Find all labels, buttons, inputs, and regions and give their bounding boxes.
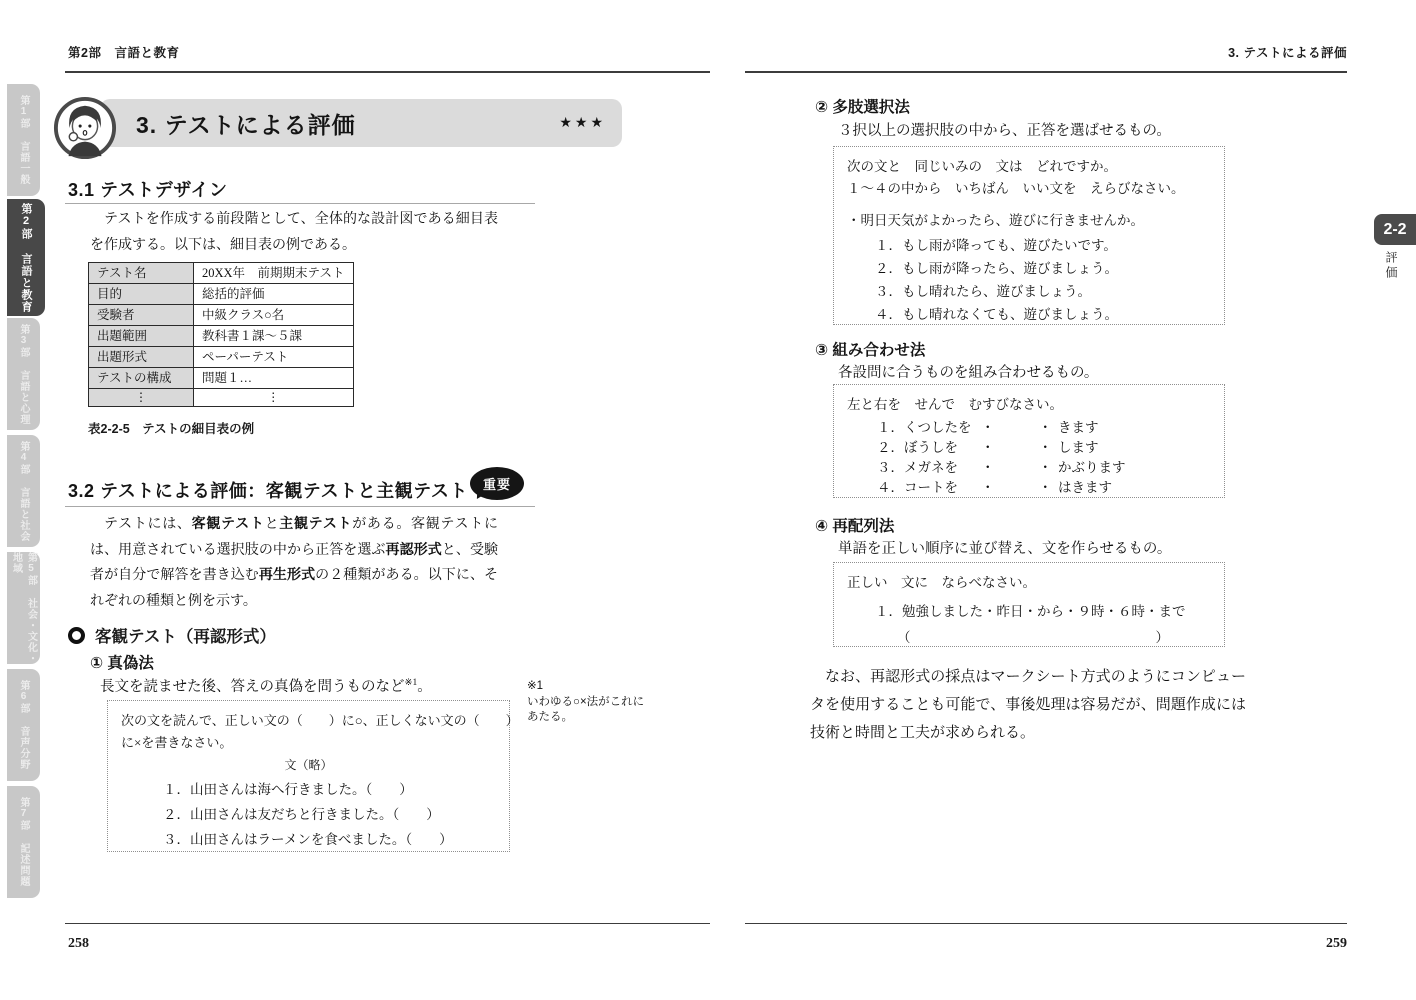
chapter-tab-label: 評価: [1383, 251, 1400, 281]
method-1-description: 長文を読ませた後、答えの真偽を問うものなど※1。: [100, 675, 432, 696]
method-3-description: 各設問に合うものを組み合わせるもの。: [838, 361, 1098, 382]
table-row: 出題形式ペーパーテスト: [89, 347, 354, 368]
sidebar-tab-part6: 第6部 音声分野: [7, 669, 40, 781]
example-item: １．もし雨が降っても、遊びたいです。: [875, 237, 1211, 255]
method-3-heading: ③ 組み合わせ法: [815, 338, 925, 360]
objective-test-heading: 客観テスト（再認形式）: [68, 623, 276, 647]
table-row: テストの構成問題１…: [89, 368, 354, 389]
match-dot: ・: [981, 420, 995, 436]
example-item: ３．山田さんはラーメンを食べました。（ ）: [163, 830, 496, 849]
section-3-2-heading: 3.2 テストによる評価：客観テストと主観テスト: [68, 477, 468, 503]
row-label: ⋮: [89, 389, 194, 407]
example-box-true-false: 次の文を読んで、正しい文の（ ）に○、正しくない文の（ ） に×を書きなさい。 …: [107, 700, 510, 852]
book-spread: 第1部 言語一般 第2部 言語と教育 第3部 言語と心理 第4部 言語と社会 第…: [0, 0, 1416, 1000]
section-3-2-paragraph: テストには、客観テストと主観テストがある。客観テストには、用意されている選択肢の…: [90, 512, 498, 614]
test-spec-table: テスト名20XX年 前期期末テスト 目的総括的評価 受験者中級クラス○名 出題範…: [88, 262, 354, 407]
match-dot: ・: [981, 460, 995, 476]
section-3-1-paragraph: テストを作成する前段階として、全体的な設計図である細目表を作成する。以下は、細目…: [90, 207, 498, 258]
row-value: 総括的評価: [194, 284, 354, 305]
table-row: 目的総括的評価: [89, 284, 354, 305]
ring-bullet-icon: [68, 627, 85, 644]
example-item: ２．山田さんは友だちと行きました。（ ）: [163, 805, 496, 824]
example-item: ４．もし晴れなくても、遊びましょう。: [875, 306, 1211, 324]
sidebar-tab-part3: 第3部 言語と心理: [7, 318, 40, 430]
matching-row: ３．メガネを・・かぶります: [877, 460, 1211, 476]
row-value: 20XX年 前期期末テスト: [194, 263, 354, 284]
footnote-number: ※1: [527, 679, 649, 695]
chapter-title: 3. テストによる評価: [136, 107, 356, 140]
example-box-reordering: 正しい 文に ならべなさい。 １．勉強しました・昨日・から・９時・６時・まで （…: [833, 562, 1225, 647]
importance-badge: 重要: [470, 467, 524, 500]
method-1-heading: ① 真偽法: [90, 651, 154, 673]
header-rule-right: [745, 71, 1347, 73]
match-dot: ・: [1039, 460, 1053, 476]
table-row-ellipsis: ⋮⋮: [89, 389, 354, 407]
footnote-text: いわゆる○×法がこれにあたる。: [527, 695, 649, 726]
row-label: 受験者: [89, 305, 194, 326]
row-value: 教科書１課～５課: [194, 326, 354, 347]
example-box-multiple-choice: 次の文と 同じいみの 文は どれですか。 １～４の中から いちばん いい文を え…: [833, 146, 1225, 325]
example-item: １．山田さんは海へ行きました。（ ）: [163, 780, 496, 799]
objective-test-heading-label: 客観テスト（再認形式）: [95, 623, 276, 647]
running-head-left: 第2部 言語と教育: [68, 43, 179, 61]
method-2-description: ３択以上の選択肢の中から、正答を選ばせるもの。: [838, 119, 1171, 140]
chapter-tab-number: 2-2: [1374, 214, 1416, 245]
table-caption: 表2-2-5 テストの細目表の例: [88, 419, 254, 437]
match-dot: ・: [981, 440, 995, 456]
example-box-matching: 左と右を せんで むすびなさい。 １．くつしたを・・きます ２．ぼうしを・・しま…: [833, 384, 1225, 498]
person-mascot-icon: [53, 96, 117, 160]
closing-paragraph: なお、再認形式の採点はマークシート方式のようにコンピュータを使用することも可能で…: [810, 663, 1246, 747]
footnote-ref: ※1: [405, 678, 418, 688]
matching-row: １．くつしたを・・きます: [877, 420, 1211, 436]
running-head-right: 3. テストによる評価: [1228, 43, 1347, 61]
example-item: ３．もし晴れたら、遊びましょう。: [875, 283, 1211, 301]
row-label: 出題範囲: [89, 326, 194, 347]
row-label: 目的: [89, 284, 194, 305]
answer-blank: （）: [897, 627, 1169, 649]
match-dot: ・: [981, 480, 995, 496]
page-number-left: 258: [68, 936, 89, 952]
footer-rule-right: [745, 923, 1347, 924]
row-label: 出題形式: [89, 347, 194, 368]
omitted-text-note: 文（略）: [121, 756, 496, 774]
difficulty-stars: ★★★: [559, 115, 606, 132]
footer-rule-left: [65, 923, 710, 924]
match-dot: ・: [1039, 440, 1053, 456]
chapter-banner: 3. テストによる評価 ★★★: [100, 99, 622, 147]
matching-row: ２．ぼうしを・・します: [877, 440, 1211, 456]
section-3-1-rule: [65, 203, 535, 204]
page-number-right: 259: [1326, 936, 1347, 952]
table-row: 受験者中級クラス○名: [89, 305, 354, 326]
row-value: ペーパーテスト: [194, 347, 354, 368]
example-item: １．勉強しました・昨日・から・９時・６時・まで: [875, 601, 1211, 623]
margin-footnote: ※1 いわゆる○×法がこれにあたる。: [527, 679, 649, 726]
matching-row: ４．コートを・・はきます: [877, 480, 1211, 496]
row-label: テストの構成: [89, 368, 194, 389]
row-label: テスト名: [89, 263, 194, 284]
sidebar-tab-part5: 第5部 社会・文化・地域: [7, 552, 40, 664]
example-prompt: ・明日天気がよかったら、遊びに行きませんか。: [847, 210, 1211, 232]
method-4-description: 単語を正しい順序に並び替え、文を作らせるもの。: [838, 537, 1171, 558]
match-dot: ・: [1039, 420, 1053, 436]
sidebar-tab-part1: 第1部 言語一般: [7, 84, 40, 196]
example-item: ２．もし雨が降ったら、遊びましょう。: [875, 260, 1211, 278]
sidebar-tab-part7: 第7部 記述問題: [7, 786, 40, 898]
row-value: 問題１…: [194, 368, 354, 389]
method-2-heading: ② 多肢選択法: [815, 95, 910, 117]
match-dot: ・: [1039, 480, 1053, 496]
row-value: 中級クラス○名: [194, 305, 354, 326]
table-row: テスト名20XX年 前期期末テスト: [89, 263, 354, 284]
header-rule-left: [65, 71, 710, 73]
section-3-1-heading: 3.1 テストデザイン: [68, 176, 228, 202]
method-4-heading: ④ 再配列法: [815, 514, 894, 536]
sidebar-tab-part2-active: 第2部 言語と教育: [7, 199, 45, 316]
row-value: ⋮: [194, 389, 354, 407]
section-3-2-rule: [65, 506, 535, 507]
sidebar-tab-part4: 第4部 言語と社会: [7, 435, 40, 547]
table-row: 出題範囲教科書１課～５課: [89, 326, 354, 347]
